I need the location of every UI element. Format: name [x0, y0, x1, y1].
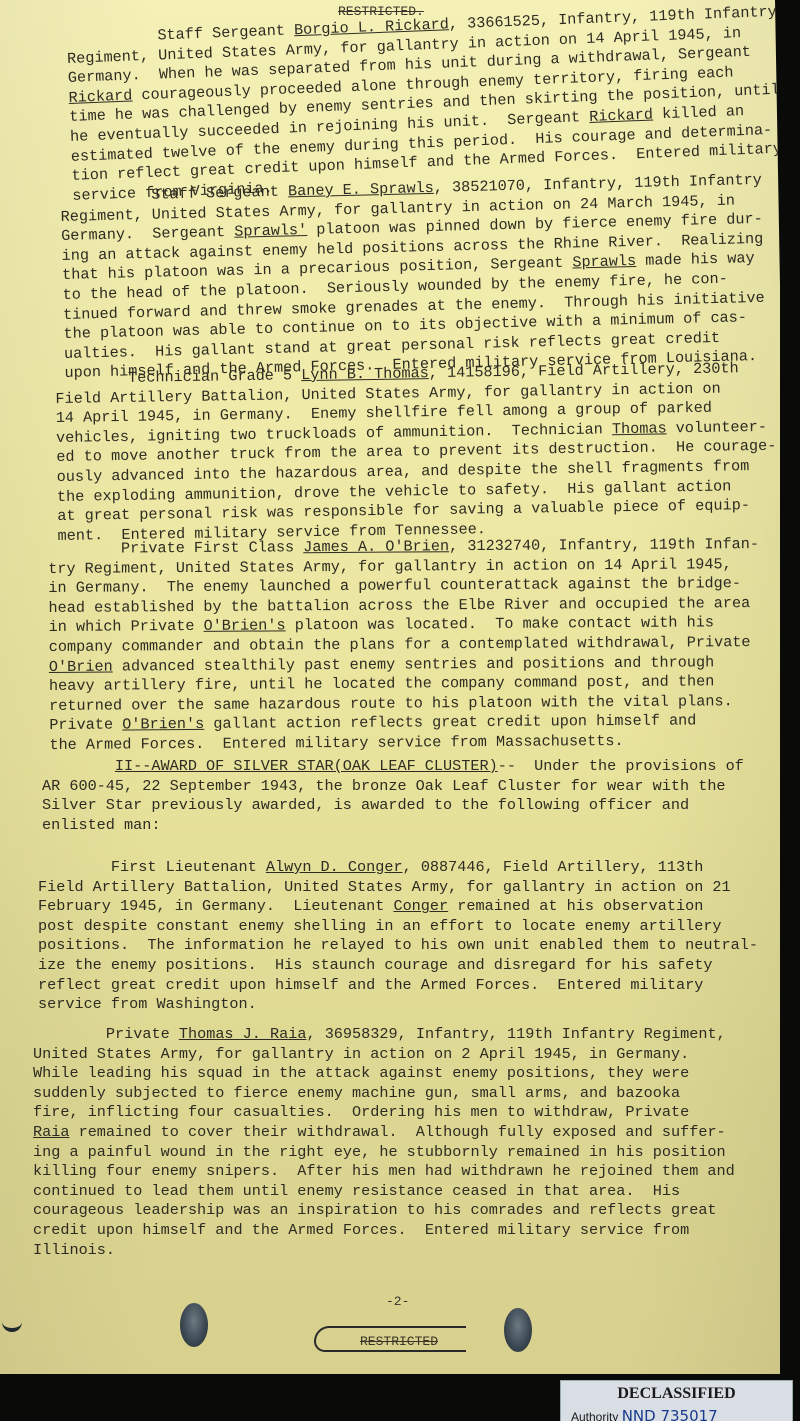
punch-hole-icon [180, 1303, 208, 1347]
citation-obrien: Private First Class James A. O'Brien, 31… [48, 535, 760, 755]
document-page: RESTRICTED. Staff Sergeant Borgio L. Ric… [0, 0, 780, 1374]
section-ii-intro: II--AWARD OF SILVER STAR(OAK LEAF CLUSTE… [42, 757, 744, 835]
edge-tear-mark [2, 1318, 22, 1332]
declassified-authority: Authority NND 735017 [571, 1407, 718, 1421]
declassified-title: DECLASSIFIED [561, 1385, 792, 1403]
citation-thomas: Technician Grade 5 Lynn B. Thomas, 14158… [55, 359, 778, 547]
recipient-name: Thomas J. Raia [179, 1025, 307, 1043]
restricted-footer-marking: RESTRICTED [360, 1334, 438, 1349]
recipient-name: James A. O'Brien [303, 537, 449, 556]
page-number: -2- [386, 1294, 409, 1309]
declassified-stamp: DECLASSIFIED Authority NND 735017 [560, 1380, 793, 1421]
citation-sprawls: Staff Sergeant Baney E. Sprawls, 3852107… [60, 171, 766, 384]
recipient-name: Baney E. Sprawls [288, 179, 434, 201]
punch-hole-icon [504, 1308, 532, 1352]
section-ii-heading: II--AWARD OF SILVER STAR(OAK LEAF CLUSTE… [115, 757, 498, 775]
citation-conger: First Lieutenant Alwyn D. Conger, 088744… [38, 858, 758, 1015]
recipient-name: Alwyn D. Conger [266, 858, 403, 876]
recipient-name: Lynn B. Thomas [301, 364, 429, 384]
citation-raia: Private Thomas J. Raia, 36958329, Infant… [33, 1025, 735, 1260]
